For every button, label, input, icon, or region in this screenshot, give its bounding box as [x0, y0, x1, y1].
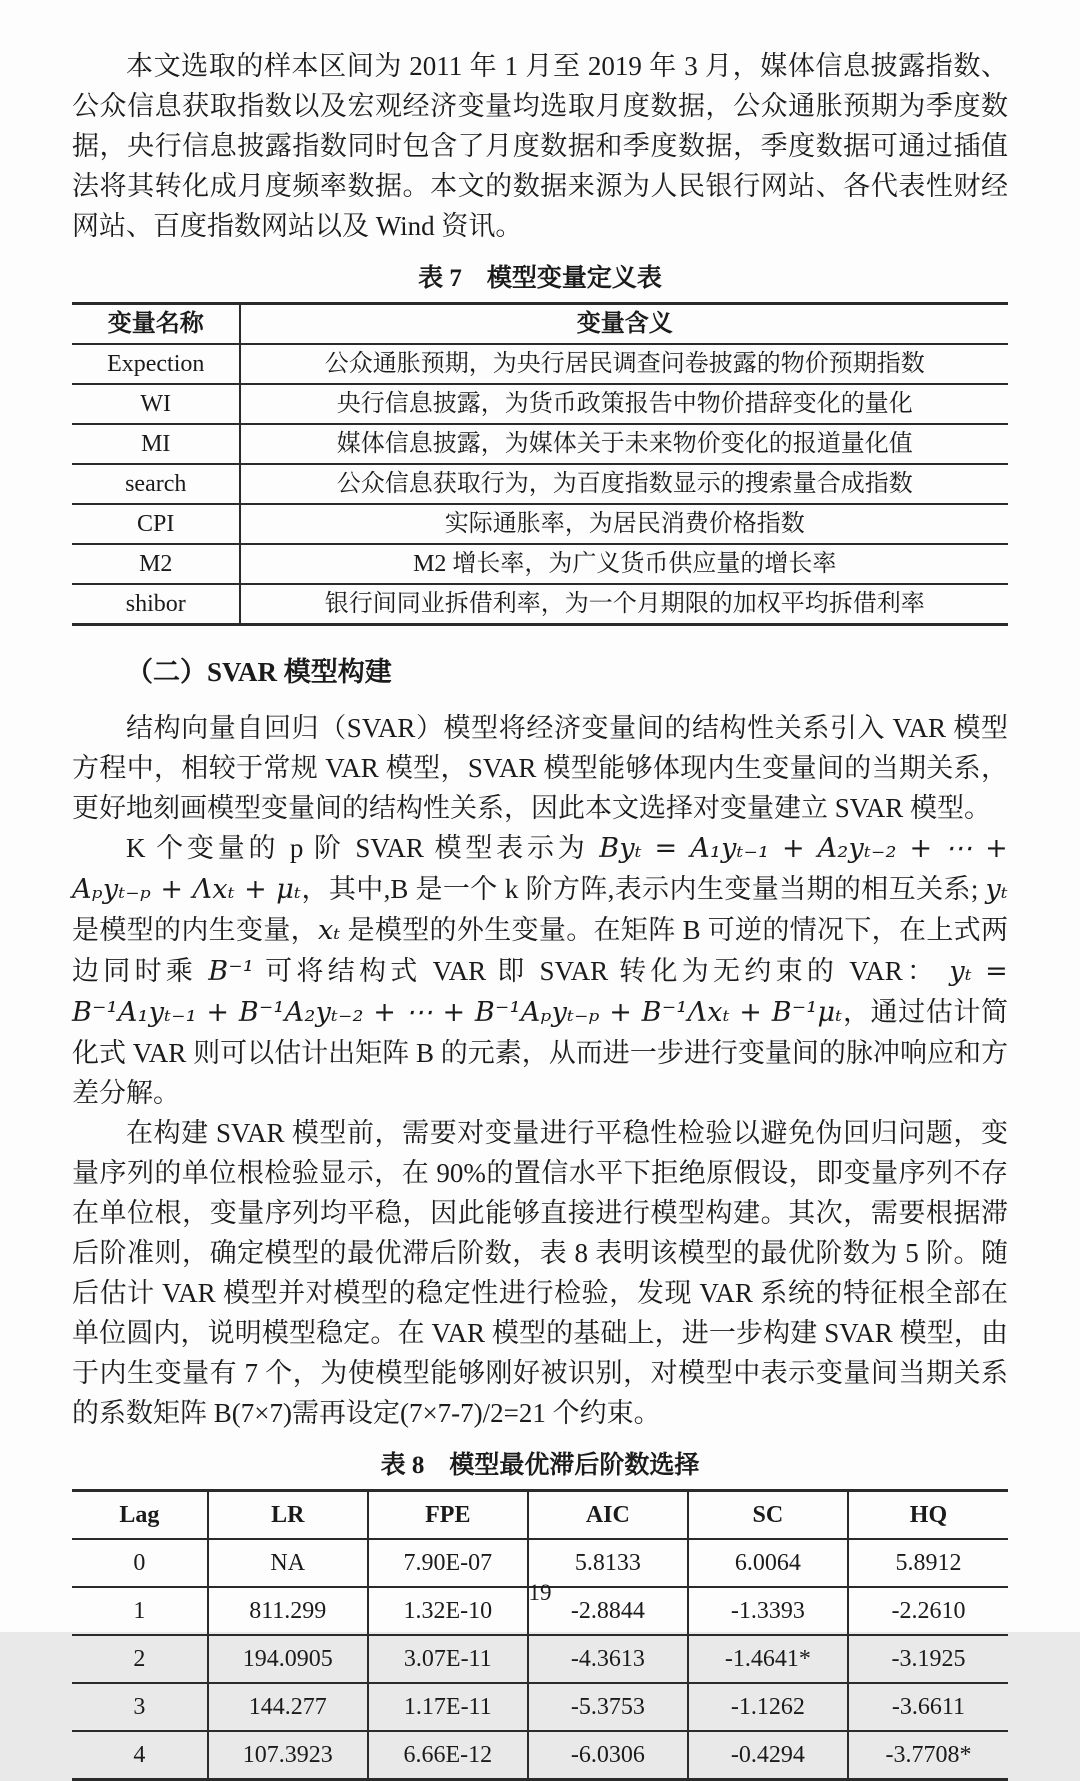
- cell-variable-name: WI: [72, 384, 240, 424]
- text-run: K 个变量的 p 阶 SVAR 模型表示为: [126, 833, 599, 863]
- cell-fpe: 3.07E-11: [368, 1635, 528, 1683]
- cell-sc: -0.4294: [688, 1731, 848, 1780]
- table-row: CPI 实际通胀率，为居民消费价格指数: [72, 504, 1008, 544]
- header-cell: 变量含义: [240, 304, 1008, 345]
- cell-lag: 2: [72, 1635, 208, 1683]
- table-variable-definitions: 变量名称 变量含义 Expection 公众通胀预期，为央行居民调查问卷披露的物…: [72, 302, 1008, 626]
- table-row: M2 M2 增长率，为广义货币供应量的增长率: [72, 544, 1008, 584]
- table-row: WI 央行信息披露，为货币政策报告中物价措辞变化的量化: [72, 384, 1008, 424]
- cell-variable-meaning: 银行间同业拆借利率，为一个月期限的加权平均拆借利率: [240, 584, 1008, 625]
- cell-fpe: 6.66E-12: [368, 1731, 528, 1780]
- paragraph-sample-period: 本文选取的样本区间为 2011 年 1 月至 2019 年 3 月，媒体信息披露…: [72, 46, 1008, 246]
- paragraph-model-tests: 在构建 SVAR 模型前，需要对变量进行平稳性检验以避免伪回归问题，变量序列的单…: [72, 1113, 1008, 1433]
- header-cell: 变量名称: [72, 304, 240, 345]
- cell-variable-name: Expection: [72, 344, 240, 384]
- text-run: ，其中,B 是一个 k 阶方阵,表示内生变量当期的相互关系;: [301, 874, 985, 904]
- header-cell: HQ: [848, 1491, 1008, 1540]
- cell-variable-meaning: 公众信息获取行为，为百度指数显示的搜索量合成指数: [240, 464, 1008, 504]
- table-header-row: 变量名称 变量含义: [72, 304, 1008, 345]
- cell-variable-name: CPI: [72, 504, 240, 544]
- text-run: 可将结构式 VAR 即 SVAR 转化为无约束的 VAR：: [254, 956, 949, 986]
- cell-variable-meaning: 实际通胀率，为居民消费价格指数: [240, 504, 1008, 544]
- cell-lr: 144.277: [208, 1683, 368, 1731]
- cell-aic: -4.3613: [528, 1635, 688, 1683]
- cell-hq: -3.6611: [848, 1683, 1008, 1731]
- paragraph-svar-formula: K 个变量的 p 阶 SVAR 模型表示为 Byₜ = A₁yₜ₋₁ + A₂y…: [72, 828, 1008, 1113]
- cell-hq: -3.7708*: [848, 1731, 1008, 1780]
- cell-lag: 3: [72, 1683, 208, 1731]
- cell-aic: -6.0306: [528, 1731, 688, 1780]
- page-number: 19: [0, 1580, 1080, 1606]
- table-row: shibor 银行间同业拆借利率，为一个月期限的加权平均拆借利率: [72, 584, 1008, 625]
- header-cell: Lag: [72, 1491, 208, 1540]
- header-cell: SC: [688, 1491, 848, 1540]
- cell-aic: -5.3753: [528, 1683, 688, 1731]
- symbol-yt: yₜ: [985, 874, 1008, 905]
- cell-sc: -1.1262: [688, 1683, 848, 1731]
- cell-variable-meaning: 央行信息披露，为货币政策报告中物价措辞变化的量化: [240, 384, 1008, 424]
- text-run: 是模型的内生变量，: [72, 915, 318, 945]
- table-row: search 公众信息获取行为，为百度指数显示的搜索量合成指数: [72, 464, 1008, 504]
- table8-caption: 表 8 模型最优滞后阶数选择: [72, 1445, 1008, 1481]
- cell-variable-name: search: [72, 464, 240, 504]
- header-cell: AIC: [528, 1491, 688, 1540]
- cell-hq: -3.1925: [848, 1635, 1008, 1683]
- cell-variable-meaning: 媒体信息披露，为媒体关于未来物价变化的报道量化值: [240, 424, 1008, 464]
- table-row: 3 144.277 1.17E-11 -5.3753 -1.1262 -3.66…: [72, 1683, 1008, 1731]
- cell-variable-name: M2: [72, 544, 240, 584]
- header-cell: FPE: [368, 1491, 528, 1540]
- table-header-row: Lag LR FPE AIC SC HQ: [72, 1491, 1008, 1540]
- table-lag-selection: Lag LR FPE AIC SC HQ 0 NA 7.90E-07 5.813…: [72, 1489, 1008, 1781]
- cell-sc: -1.4641*: [688, 1635, 848, 1683]
- paragraph-svar-intro: 结构向量自回归（SVAR）模型将经济变量间的结构性关系引入 VAR 模型方程中，…: [72, 708, 1008, 828]
- cell-lag: 4: [72, 1731, 208, 1780]
- section-heading-svar: （二）SVAR 模型构建: [72, 652, 1008, 692]
- cell-lr: 194.0905: [208, 1635, 368, 1683]
- table-row: 2 194.0905 3.07E-11 -4.3613 -1.4641* -3.…: [72, 1635, 1008, 1683]
- table-row: Expection 公众通胀预期，为央行居民调查问卷披露的物价预期指数: [72, 344, 1008, 384]
- table7-caption: 表 7 模型变量定义表: [72, 258, 1008, 294]
- header-cell: LR: [208, 1491, 368, 1540]
- cell-variable-meaning: M2 增长率，为广义货币供应量的增长率: [240, 544, 1008, 584]
- document-page: 本文选取的样本区间为 2011 年 1 月至 2019 年 3 月，媒体信息披露…: [0, 0, 1080, 1632]
- cell-variable-name: MI: [72, 424, 240, 464]
- table-row: MI 媒体信息披露，为媒体关于未来物价变化的报道量化值: [72, 424, 1008, 464]
- symbol-xt: xₜ: [318, 915, 341, 946]
- cell-lr: 107.3923: [208, 1731, 368, 1780]
- symbol-b-inverse: B⁻¹: [208, 956, 254, 987]
- cell-fpe: 1.17E-11: [368, 1683, 528, 1731]
- cell-variable-meaning: 公众通胀预期，为央行居民调查问卷披露的物价预期指数: [240, 344, 1008, 384]
- table-row: 4 107.3923 6.66E-12 -6.0306 -0.4294 -3.7…: [72, 1731, 1008, 1780]
- cell-variable-name: shibor: [72, 584, 240, 625]
